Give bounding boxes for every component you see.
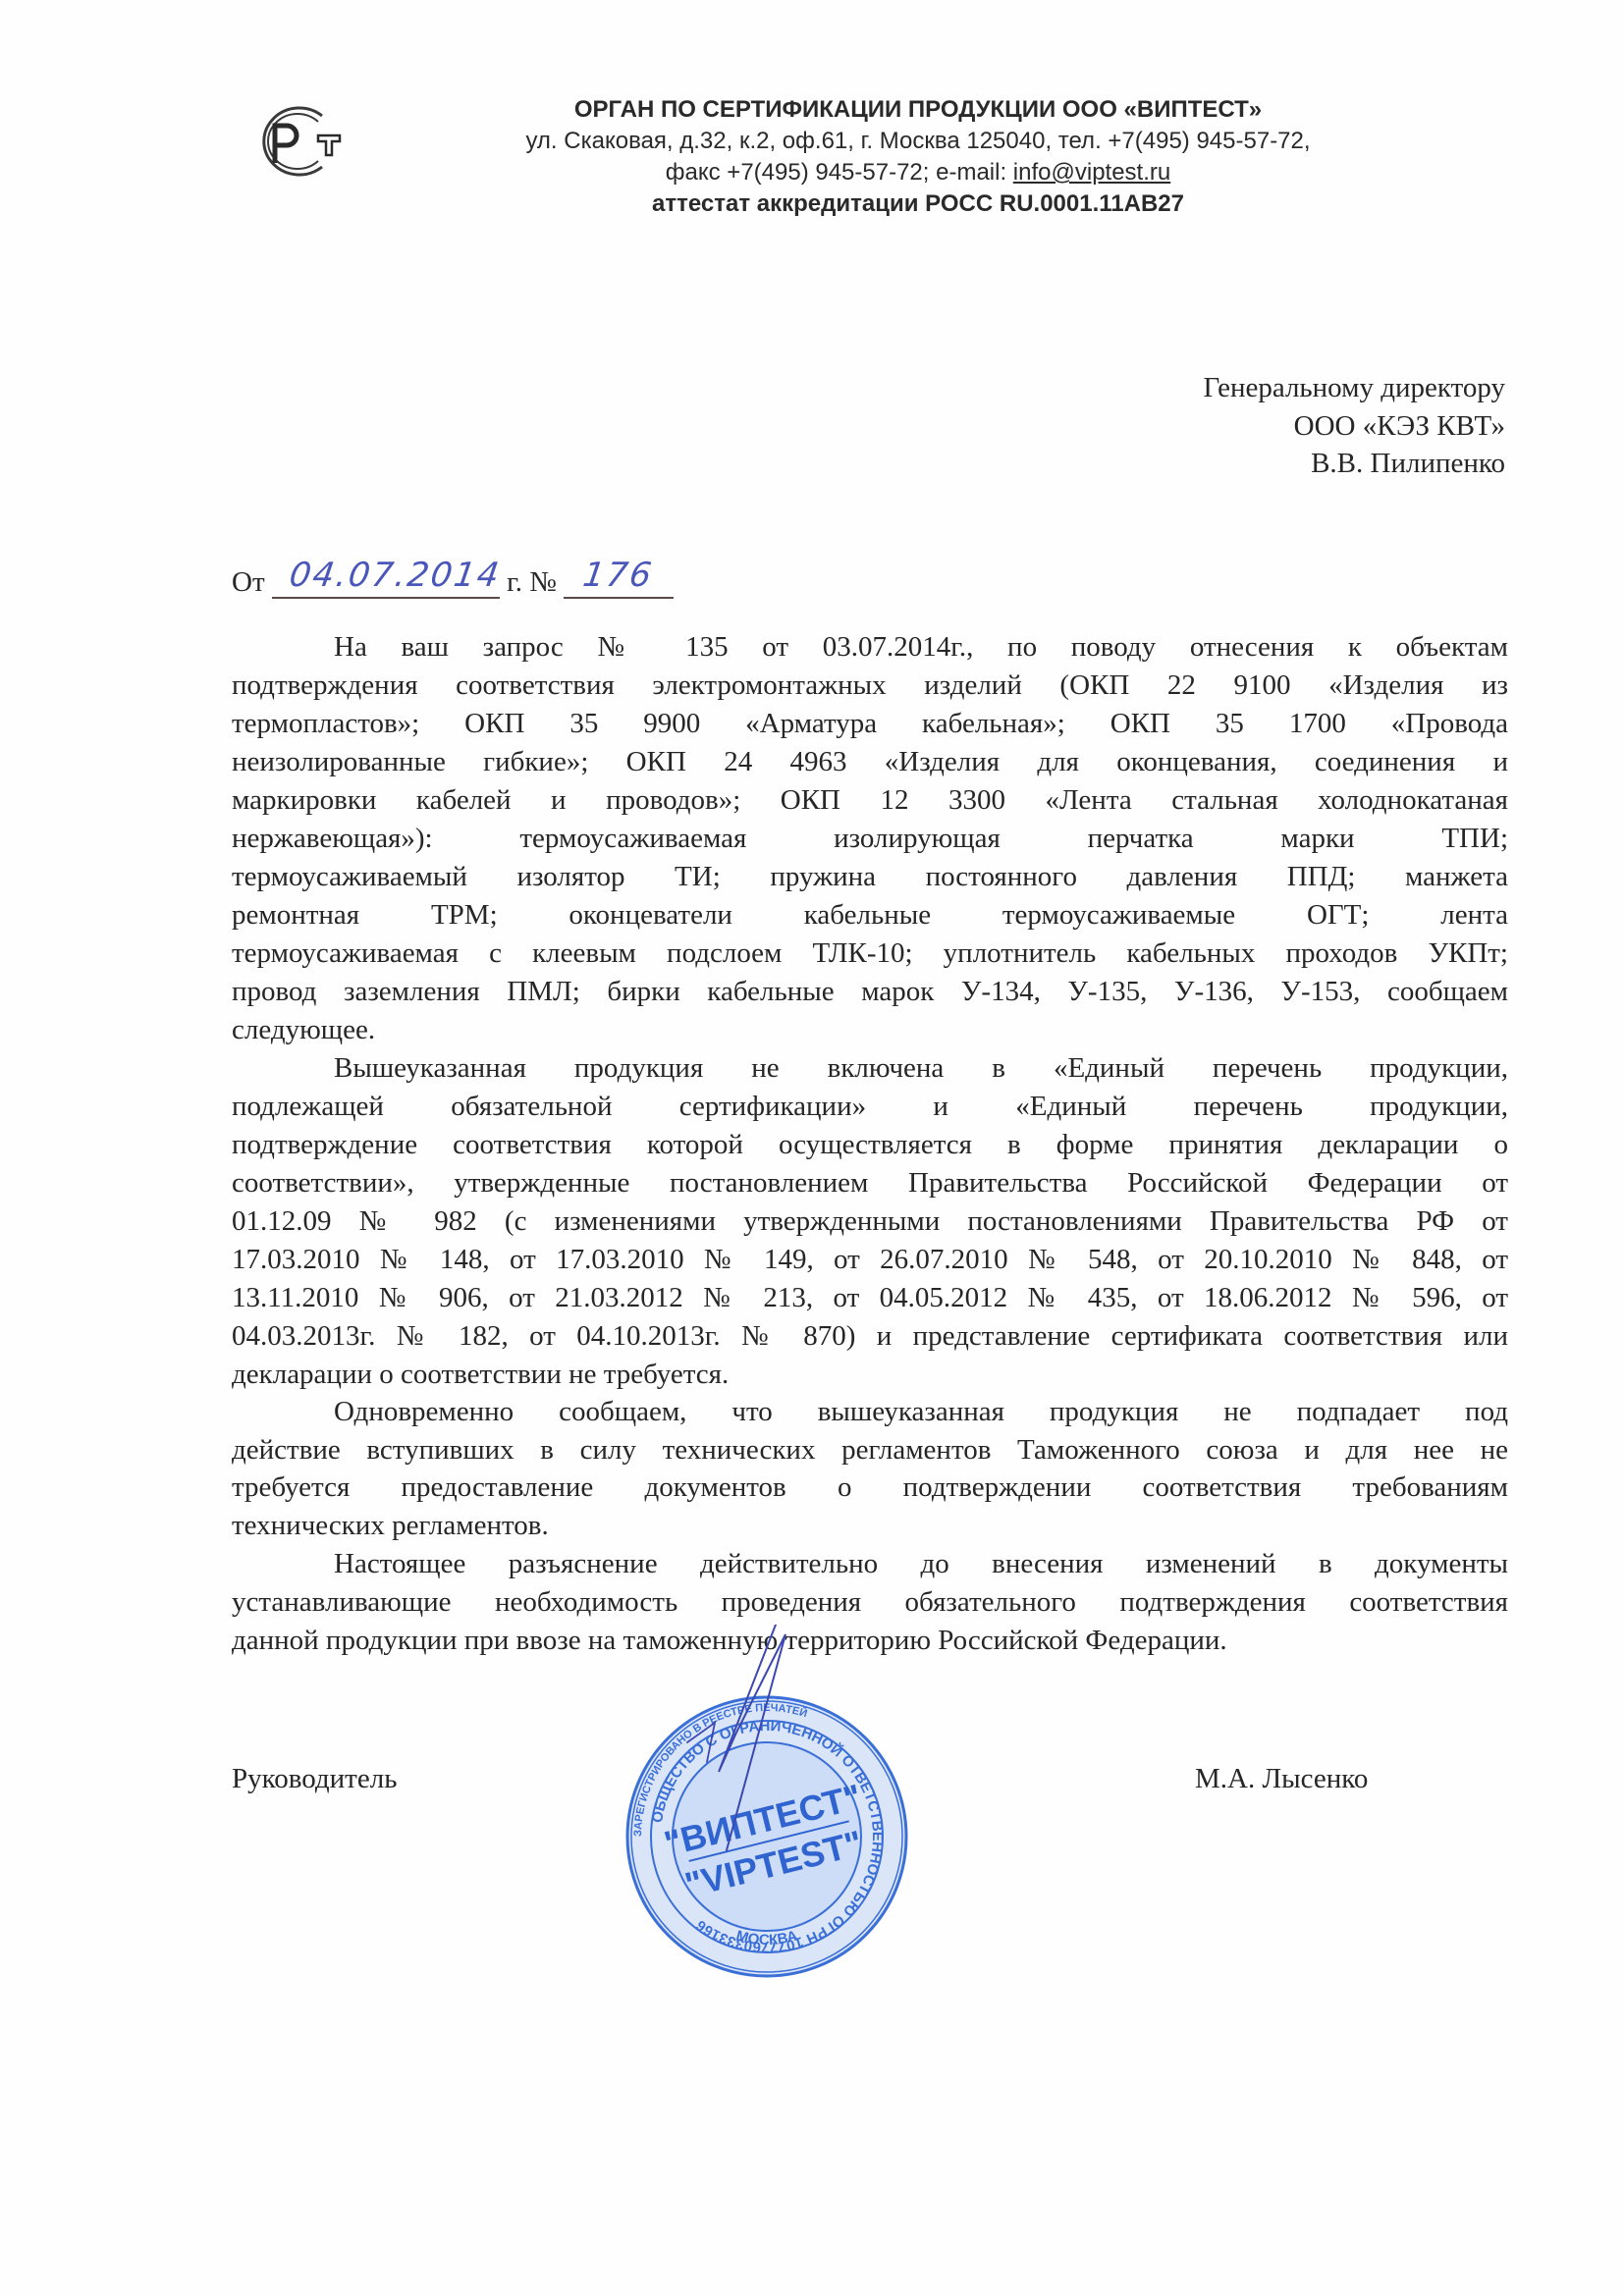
addressee-name: В.В. Пилипенко [1311, 445, 1505, 483]
body-line: требуется предоставление документов о по… [232, 1468, 1508, 1507]
body-line: маркировки кабелей и проводов»; ОКП 12 3… [232, 781, 1508, 820]
number-field: 176 [564, 561, 674, 599]
letterhead-title: ОРГАН ПО СЕРТИФИКАЦИИ ПРОДУКЦИИ ООО «ВИП… [432, 94, 1404, 126]
body-line: 13.11.2010 № 906, от 21.03.2012 № 213, о… [232, 1279, 1508, 1317]
reference-line: От 04.07.2014 г. № 176 [232, 561, 674, 601]
body-line: подтверждение соответствия которой осуще… [232, 1126, 1508, 1164]
from-label: От [232, 566, 265, 598]
body-line: 01.12.09 № 982 (с изменениями утвержденн… [232, 1202, 1508, 1241]
body-line: соответствии», утвержденные постановлени… [232, 1164, 1508, 1202]
body-line: технических регламентов. [232, 1507, 1508, 1545]
body-line: следующее. [232, 1011, 1508, 1049]
body-line: термопластов»; ОКП 35 9900 «Арматура каб… [232, 705, 1508, 743]
addressee-position: Генеральному директору [1204, 369, 1505, 407]
rst-certification-mark-icon [253, 102, 352, 181]
body-line: действие вступивших в силу технических р… [232, 1431, 1508, 1469]
letterhead-accreditation: аттестат аккредитации РОСС RU.0001.11АВ2… [432, 188, 1404, 220]
body-line: ремонтная ТРМ; оконцеватели кабельные те… [232, 896, 1508, 934]
body-line: декларации о соответствии не требуется. [232, 1356, 1508, 1394]
letterhead-address: ул. Скаковая, д.32, к.2, оф.61, г. Москв… [432, 126, 1404, 157]
body-line: Вышеуказанная продукция не включена в «Е… [334, 1049, 1508, 1088]
body-line: подтверждения соответствия электромонтаж… [232, 667, 1508, 705]
signatory-name: М.А. Лысенко [1195, 1763, 1368, 1795]
handwritten-number: 176 [580, 556, 656, 595]
body-line: Одновременно сообщаем, что вышеуказанная… [334, 1393, 1508, 1431]
body-line: провод заземления ПМЛ; бирки кабельные м… [232, 973, 1508, 1011]
email-link[interactable]: info@viptest.ru [1013, 159, 1170, 186]
body-line: Настоящее разъяснение действительно до в… [334, 1545, 1508, 1583]
addressee-company: ООО «КЭЗ КВТ» [1294, 407, 1505, 446]
body-line: неизолированные гибкие»; ОКП 24 4963 «Из… [232, 743, 1508, 781]
body-line: нержавеющая»): термоусаживаемая изолирую… [232, 820, 1508, 858]
handwritten-date: 04.07.2014 [287, 556, 503, 595]
number-label: г. № [507, 566, 557, 598]
body-line: 04.03.2013г. № 182, от 04.10.2013г. № 87… [232, 1317, 1508, 1356]
fax-text: факс +7(495) 945-57-72; e-mail: [666, 159, 1013, 186]
body-line: данной продукции при ввозе на таможенную… [232, 1622, 1508, 1660]
body-line: На ваш запрос № 135 от 03.07.2014г., по … [334, 628, 1508, 667]
body-line: термоусаживаемая с клеевым подслоем ТЛК-… [232, 934, 1508, 973]
body-line: термоусаживаемый изолятор ТИ; пружина по… [232, 858, 1508, 896]
signatory-position: Руководитель [232, 1763, 397, 1795]
letter-page: ОРГАН ПО СЕРТИФИКАЦИИ ПРОДУКЦИИ ООО «ВИП… [0, 0, 1624, 2296]
body-line: устанавливающие необходимость проведения… [232, 1583, 1508, 1622]
letterhead-contacts: факс +7(495) 945-57-72; e-mail: info@vip… [432, 157, 1404, 188]
date-field: 04.07.2014 [272, 561, 500, 599]
body-line: 17.03.2010 № 148, от 17.03.2010 № 149, о… [232, 1241, 1508, 1279]
handwritten-signature [668, 1625, 815, 1860]
body-line: подлежащей обязательной сертификации» и … [232, 1088, 1508, 1126]
